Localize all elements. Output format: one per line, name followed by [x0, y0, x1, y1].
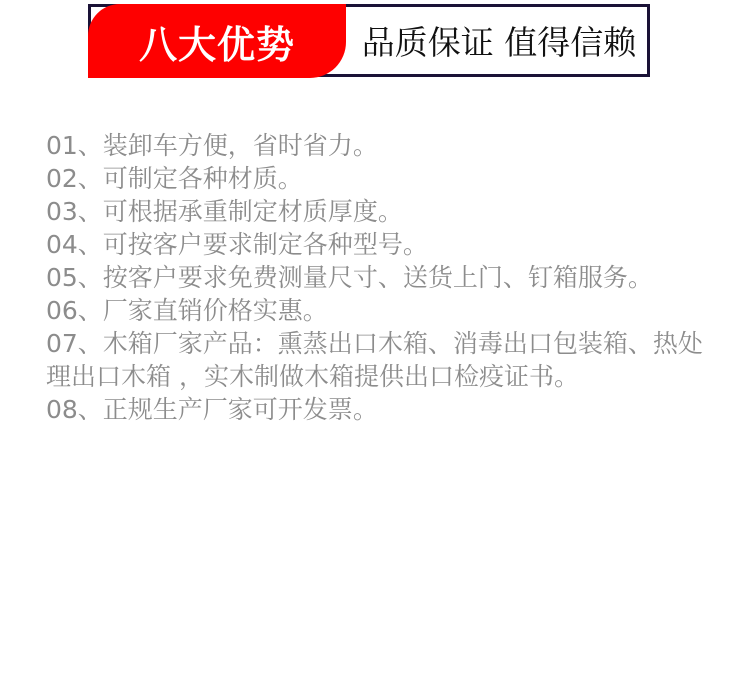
advantage-item-7: 07、木箱厂家产品：熏蒸出口木箱、消毒出口包装箱、热处理出口木箱 ，实木制做木箱…: [46, 327, 714, 393]
advantage-item-3: 03、可根据承重制定材质厚度。: [46, 195, 714, 228]
advantage-item-8: 08、正规生产厂家可开发票。: [46, 393, 714, 426]
advantages-badge: 八大优势: [88, 4, 346, 78]
promo-page: 品质保证 值得信赖 八大优势 01、装卸车方便，省时省力。 02、可制定各种材质…: [0, 0, 750, 695]
slogan-text: 品质保证 值得信赖: [362, 17, 637, 64]
advantage-item-4: 04、可按客户要求制定各种型号。: [46, 228, 714, 261]
advantage-item-5: 05、按客户要求免费测量尺寸、送货上门、钉箱服务。: [46, 261, 714, 294]
advantage-item-2: 02、可制定各种材质。: [46, 162, 714, 195]
slogan-area: 品质保证 值得信赖: [348, 4, 650, 77]
advantages-list: 01、装卸车方便，省时省力。 02、可制定各种材质。 03、可根据承重制定材质厚…: [46, 129, 714, 426]
badge-label: 八大优势: [139, 14, 295, 69]
advantage-item-6: 06、厂家直销价格实惠。: [46, 294, 714, 327]
advantage-item-1: 01、装卸车方便，省时省力。: [46, 129, 714, 162]
